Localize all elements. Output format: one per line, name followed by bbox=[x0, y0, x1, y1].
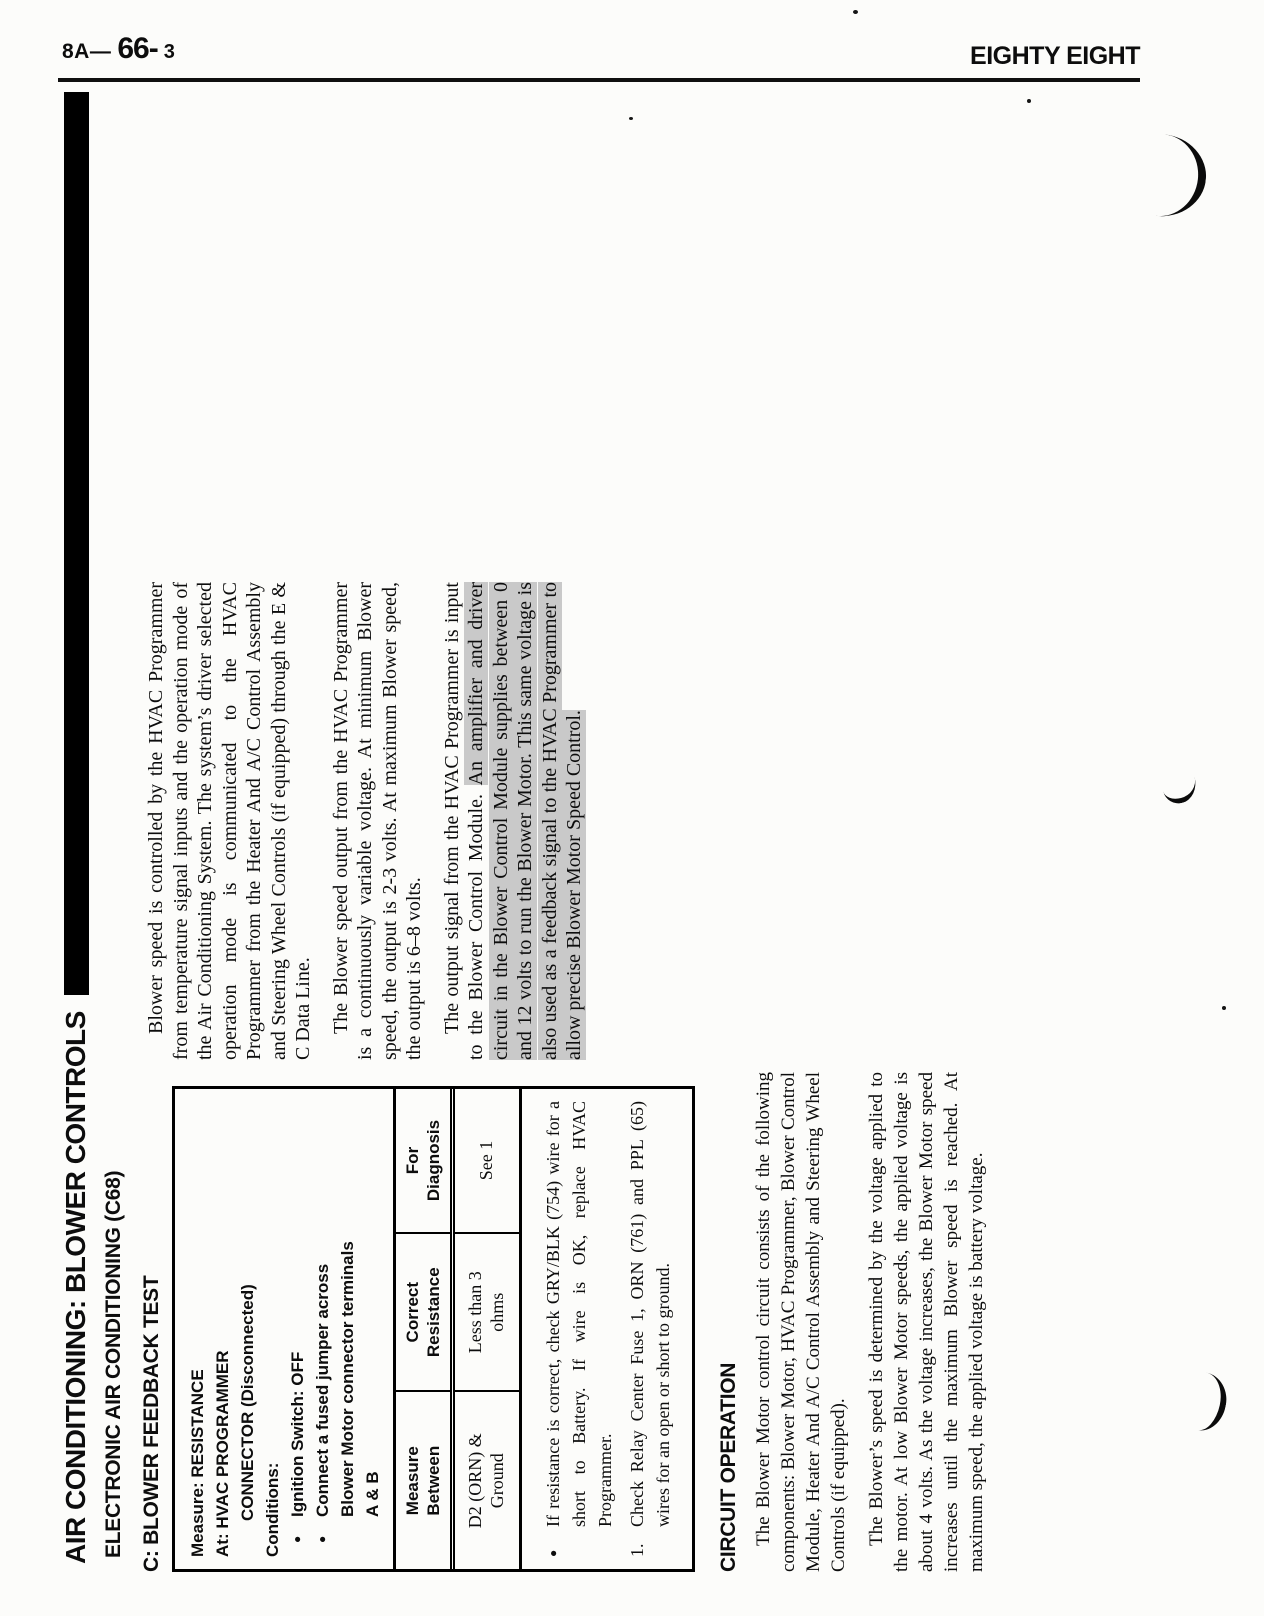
model-name: EIGHTY EIGHT bbox=[970, 42, 1140, 71]
scan-artifact-paren bbox=[1146, 133, 1210, 220]
table-header-correct-resistance: Correct Resistance bbox=[395, 1233, 453, 1391]
note-text: Check Relay Center Fuse 1, ORN (761) and… bbox=[624, 1101, 676, 1527]
paragraph-blower-speed-control: Blower speed is controlled by the HVAC P… bbox=[144, 582, 316, 1060]
resistance-table: Measure Between Correct Resistance For D… bbox=[393, 1089, 522, 1569]
section-subtitle: ELECTRONIC AIR CONDITIONING (C68) bbox=[102, 88, 126, 1558]
conditions-label: Conditions: bbox=[260, 1101, 285, 1557]
test-box-conditions-section: Measure: RESISTANCE At: HVAC PROGRAMMER … bbox=[175, 1089, 393, 1569]
table-header-measure-between: Measure Between bbox=[395, 1391, 453, 1569]
at-line: At: HVAC PROGRAMMER bbox=[210, 1101, 235, 1557]
condition-text: Connect a fused jumper across Blower Mot… bbox=[310, 1241, 385, 1517]
condition-item: ● Connect a fused jumper across Blower M… bbox=[310, 1101, 385, 1557]
scan-speck bbox=[1222, 1006, 1226, 1010]
paragraph-blower-speed-voltage: The Blower’s speed is determined by the … bbox=[864, 1072, 989, 1572]
page-code-number: 66- bbox=[117, 32, 157, 65]
note-text: If resistance is correct, check GRY/BLK … bbox=[540, 1101, 618, 1527]
note-item: 1. Check Relay Center Fuse 1, ORN (761) … bbox=[624, 1101, 676, 1557]
test-box: Measure: RESISTANCE At: HVAC PROGRAMMER … bbox=[172, 1086, 695, 1572]
cell-for-diagnosis: See 1 bbox=[453, 1089, 521, 1233]
content-columns: C: BLOWER FEEDBACK TEST Measure: RESISTA… bbox=[140, 88, 1002, 1572]
scan-speck bbox=[1027, 99, 1031, 103]
scan-speck bbox=[853, 10, 858, 14]
section-title-row: AIR CONDITIONING: BLOWER CONTROLS bbox=[60, 92, 92, 1564]
note-item: ● If resistance is correct, check GRY/BL… bbox=[540, 1101, 618, 1557]
table-header-row: Measure Between Correct Resistance For D… bbox=[395, 1089, 453, 1569]
circuit-operation-heading: CIRCUIT OPERATION bbox=[717, 1072, 741, 1572]
scan-artifact-edge bbox=[1188, 1371, 1231, 1434]
rotated-page: AIR CONDITIONING: BLOWER CONTROLS ELECTR… bbox=[58, 88, 1138, 1572]
right-column: Blower speed is controlled by the HVAC P… bbox=[140, 582, 1002, 1060]
measure-line: Measure: RESISTANCE bbox=[185, 1101, 210, 1557]
paragraph-output-signal: The output signal from the HVAC Programm… bbox=[440, 582, 587, 1060]
paragraph-circuit-components: The Blower Motor control circuit consist… bbox=[751, 1072, 851, 1572]
header-rule bbox=[58, 78, 1140, 82]
bullet-icon: ● bbox=[540, 1527, 618, 1557]
scan-artifact-curve bbox=[1160, 770, 1200, 806]
section-title: AIR CONDITIONING: BLOWER CONTROLS bbox=[60, 1011, 92, 1564]
connector-line: CONNECTOR (Disconnected) bbox=[235, 1101, 260, 1557]
bullet-icon: ● bbox=[285, 1517, 310, 1543]
table-header-for-diagnosis: For Diagnosis bbox=[395, 1089, 453, 1233]
test-box-notes: ● If resistance is correct, check GRY/BL… bbox=[522, 1089, 692, 1569]
page-code-suffix: 3 bbox=[164, 41, 175, 63]
bullet-icon: ● bbox=[310, 1517, 385, 1543]
test-heading: C: BLOWER FEEDBACK TEST bbox=[140, 1072, 164, 1572]
paragraph-output-voltage: The Blower speed output from the HVAC Pr… bbox=[329, 582, 427, 1060]
page-code-prefix: 8A— bbox=[62, 40, 111, 63]
cell-measure-between: D2 (ORN) & Ground bbox=[453, 1391, 521, 1569]
section-title-bar bbox=[64, 92, 89, 995]
cell-correct-resistance: Less than 3 ohms bbox=[453, 1233, 521, 1391]
scan-speck bbox=[629, 117, 633, 120]
note-number: 1. bbox=[624, 1527, 676, 1557]
condition-text: Ignition Switch: OFF bbox=[285, 1352, 310, 1517]
page-number: 8A—66-3 bbox=[62, 32, 175, 66]
table-row: D2 (ORN) & Ground Less than 3 ohms See 1 bbox=[453, 1089, 521, 1569]
left-column: C: BLOWER FEEDBACK TEST Measure: RESISTA… bbox=[140, 1072, 1002, 1572]
condition-item: ● Ignition Switch: OFF bbox=[285, 1101, 310, 1557]
